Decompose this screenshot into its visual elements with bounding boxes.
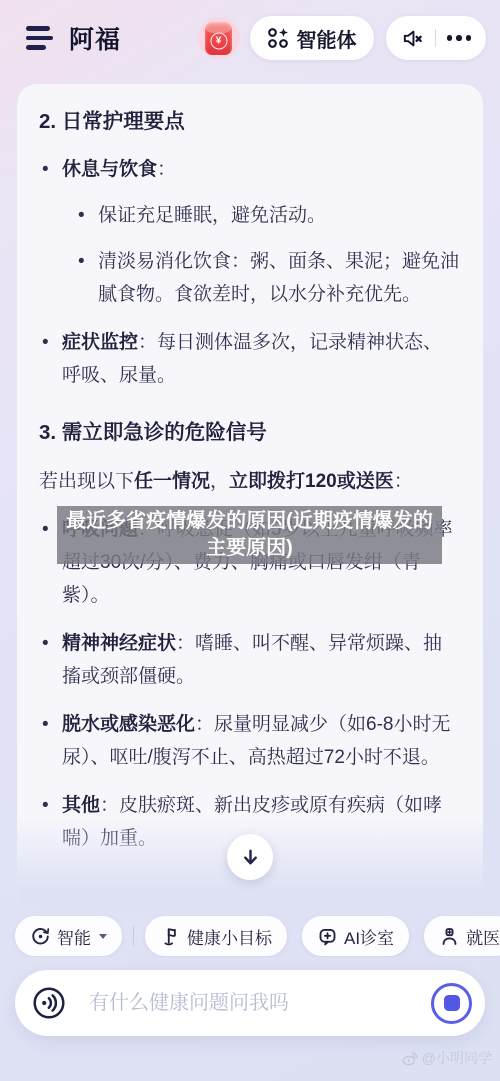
auto-mode-label: 智能	[57, 924, 91, 949]
message-block: 症状监控：每日测体温多次，记录精神状态、呼吸、尿量。	[39, 326, 461, 392]
red-envelope-glyph: ¥	[205, 22, 232, 55]
chevron-down-icon	[99, 934, 107, 939]
question-input[interactable]	[87, 991, 431, 1016]
seek-doctor-label: 就医	[466, 924, 500, 949]
message-block: 2. 日常护理要点	[39, 105, 461, 138]
ai-clinic-button[interactable]: AI诊室	[302, 916, 409, 956]
stop-icon	[444, 995, 460, 1011]
red-packet-icon[interactable]: ¥	[198, 17, 240, 59]
voice-input-button[interactable]	[30, 984, 68, 1022]
message-input-bar	[15, 970, 485, 1036]
message-block: 脱水或感染恶化：尿量明显减少（如6-8小时无尿）、呕吐/腹泻不止、高热超过72小…	[39, 708, 461, 774]
menu-icon[interactable]	[26, 26, 53, 50]
header: 阿福 ¥ 智能体	[0, 0, 500, 76]
auto-mode-button[interactable]: 智能	[15, 916, 122, 956]
chat-plus-icon	[317, 926, 338, 947]
scroll-to-bottom-button[interactable]	[227, 834, 273, 880]
message-block: 3. 需立即急诊的危险信号	[39, 416, 461, 449]
app-background: 阿福 ¥ 智能体	[0, 0, 500, 1081]
assistant-message-content: 2. 日常护理要点休息与饮食：保证充足睡眠，避免活动。清淡易消化饮食：粥、面条、…	[39, 105, 461, 855]
ai-clinic-label: AI诊室	[344, 924, 394, 949]
health-goal-button[interactable]: 健康小目标	[145, 916, 287, 956]
assistant-message-card: 2. 日常护理要点休息与饮食：保证充足睡眠，避免活动。清淡易消化饮食：粥、面条、…	[17, 84, 483, 910]
header-divider	[435, 29, 436, 47]
message-block: 若出现以下任一情况，立即拨打120或送医：	[39, 465, 461, 498]
watermark-text: @小明同学	[422, 1048, 492, 1068]
medical-person-icon	[439, 926, 460, 947]
health-goal-label: 健康小目标	[187, 924, 272, 949]
more-icon[interactable]	[447, 35, 472, 41]
mute-icon[interactable]	[401, 27, 424, 50]
watermark: @小明同学	[402, 1048, 492, 1068]
agent-button-label: 智能体	[297, 24, 357, 53]
message-block: 保证充足睡眠，避免活动。	[75, 199, 461, 232]
agent-button[interactable]: 智能体	[250, 16, 374, 60]
flag-icon	[160, 926, 181, 947]
down-arrow-icon	[240, 847, 261, 868]
weibo-icon	[402, 1051, 419, 1066]
page-title: 阿福	[69, 20, 121, 56]
header-actions	[386, 16, 487, 60]
auto-cycle-icon	[30, 926, 51, 947]
message-block: 精神神经症状：嗜睡、叫不醒、异常烦躁、抽搐或颈部僵硬。	[39, 627, 461, 693]
message-block: 休息与饮食：	[39, 153, 461, 186]
seek-doctor-button[interactable]: 就医	[424, 916, 500, 956]
toolbar-divider	[133, 926, 134, 946]
message-block: 清淡易消化饮食：粥、面条、果泥；避免油腻食物。食欲差时，以水分补充优先。	[75, 245, 461, 311]
caption-overlay: 最近多省疫情爆发的原因(近期疫情爆发的主要原因)	[57, 506, 442, 564]
stop-generation-button[interactable]	[431, 983, 472, 1024]
agent-icon	[267, 27, 289, 49]
quick-actions-toolbar: 智能 健康小目标 AI诊室	[0, 915, 500, 957]
